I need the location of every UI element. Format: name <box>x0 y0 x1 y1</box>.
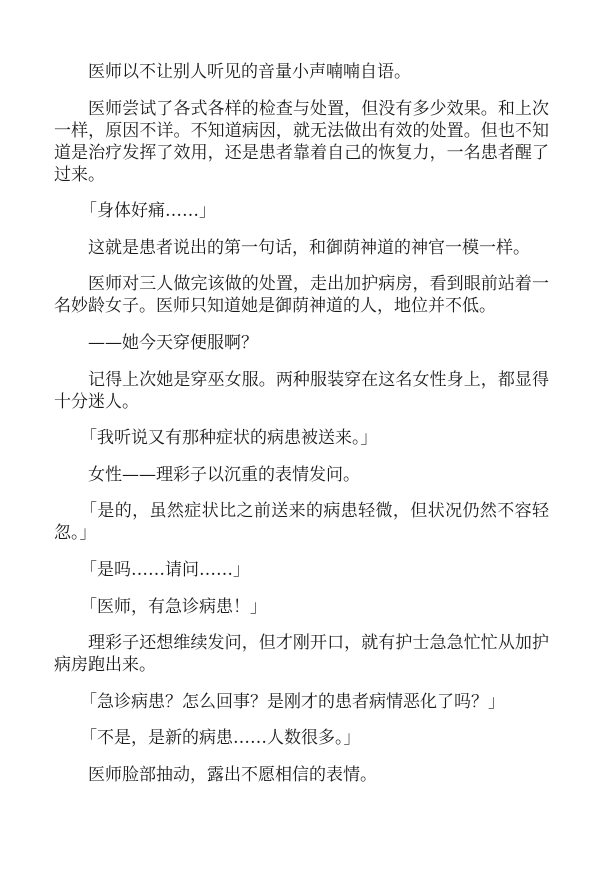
paragraph-7: 记得上次她是穿巫女服。两种服装穿在这名女性身上，都显得十分迷人。 <box>54 369 549 413</box>
dialogue-paragraph-11: 「是吗……请问……」 <box>54 559 549 581</box>
paragraph-6: ——她今天穿便服啊？ <box>54 332 549 354</box>
dialogue-paragraph-14: 「急诊病患？怎么回事？是刚才的患者病情恶化了吗？」 <box>54 691 549 713</box>
paragraph-5: 医师对三人做完该做的处置，走出加护病房，看到眼前站着一名妙龄女子。医师只知道她是… <box>54 273 549 317</box>
paragraph-4: 这就是患者说出的第一句话，和御荫神道的神官一模一样。 <box>54 237 549 259</box>
paragraph-16: 医师脸部抽动，露出不愿相信的表情。 <box>54 764 549 786</box>
dialogue-paragraph-12: 「医师，有急诊病患！」 <box>54 596 549 618</box>
paragraph-2: 医师尝试了各式各样的检查与处置，但没有多少效果。和上次一样，原因不详。不知道病因… <box>54 98 549 186</box>
dialogue-paragraph-10: 「是的，虽然症状比之前送来的病患轻微，但状况仍然不容轻忽。」 <box>54 500 549 544</box>
dialogue-paragraph-8: 「我听说又有那种症状的病患被送来。」 <box>54 427 549 449</box>
dialogue-paragraph-15: 「不是，是新的病患……人数很多。」 <box>54 727 549 749</box>
dialogue-paragraph-3: 「身体好痛……」 <box>54 200 549 222</box>
paragraph-1: 医师以不让别人听见的音量小声喃喃自语。 <box>54 61 549 83</box>
paragraph-13: 理彩子还想维续发问，但才刚开口，就有护士急急忙忙从加护病房跑出来。 <box>54 632 549 676</box>
paragraph-9: 女性——理彩子以沉重的表情发问。 <box>54 464 549 486</box>
document-page: 医师以不让别人听见的音量小声喃喃自语。 医师尝试了各式各样的检查与处置，但没有多… <box>54 61 549 801</box>
